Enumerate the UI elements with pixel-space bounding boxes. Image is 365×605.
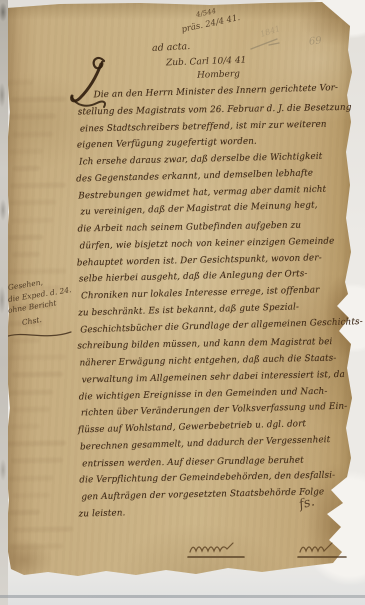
bleedthrough-stroke <box>9 149 43 155</box>
bleedthrough-stroke <box>9 389 53 395</box>
margin-note-flourish <box>3 328 75 344</box>
bleedthrough-stroke <box>12 131 53 137</box>
bleedthrough-stroke <box>10 424 40 430</box>
bleedthrough-stroke <box>8 475 53 481</box>
bleedthrough-stroke <box>13 406 50 412</box>
place-note: Homberg <box>197 69 240 80</box>
bleedthrough-stroke <box>8 234 43 240</box>
ad-acta-note: ad acta. <box>152 41 191 54</box>
bleedthrough-stroke <box>12 492 50 498</box>
scanned-manuscript-page: 4/544 präs. 24/4 41. 1841 69 ad acta. Zu… <box>0 0 365 605</box>
pencil-slash-mark <box>249 36 283 52</box>
bleedthrough-stroke <box>12 252 40 257</box>
bleedthrough-stroke <box>11 217 53 223</box>
pen-scribble-left <box>186 540 250 564</box>
initial-flourish <box>66 55 120 111</box>
pen-scribble-right <box>296 540 350 564</box>
scanner-left-edge <box>0 0 8 605</box>
folio-number: 69 <box>308 35 322 47</box>
bleedthrough-stroke <box>7 80 33 85</box>
bleedthrough-stroke <box>13 166 40 171</box>
bleedthrough-stroke <box>9 510 40 516</box>
handwritten-line: zu leisten. <box>78 508 125 519</box>
scanner-bottom-shadow <box>0 595 365 598</box>
